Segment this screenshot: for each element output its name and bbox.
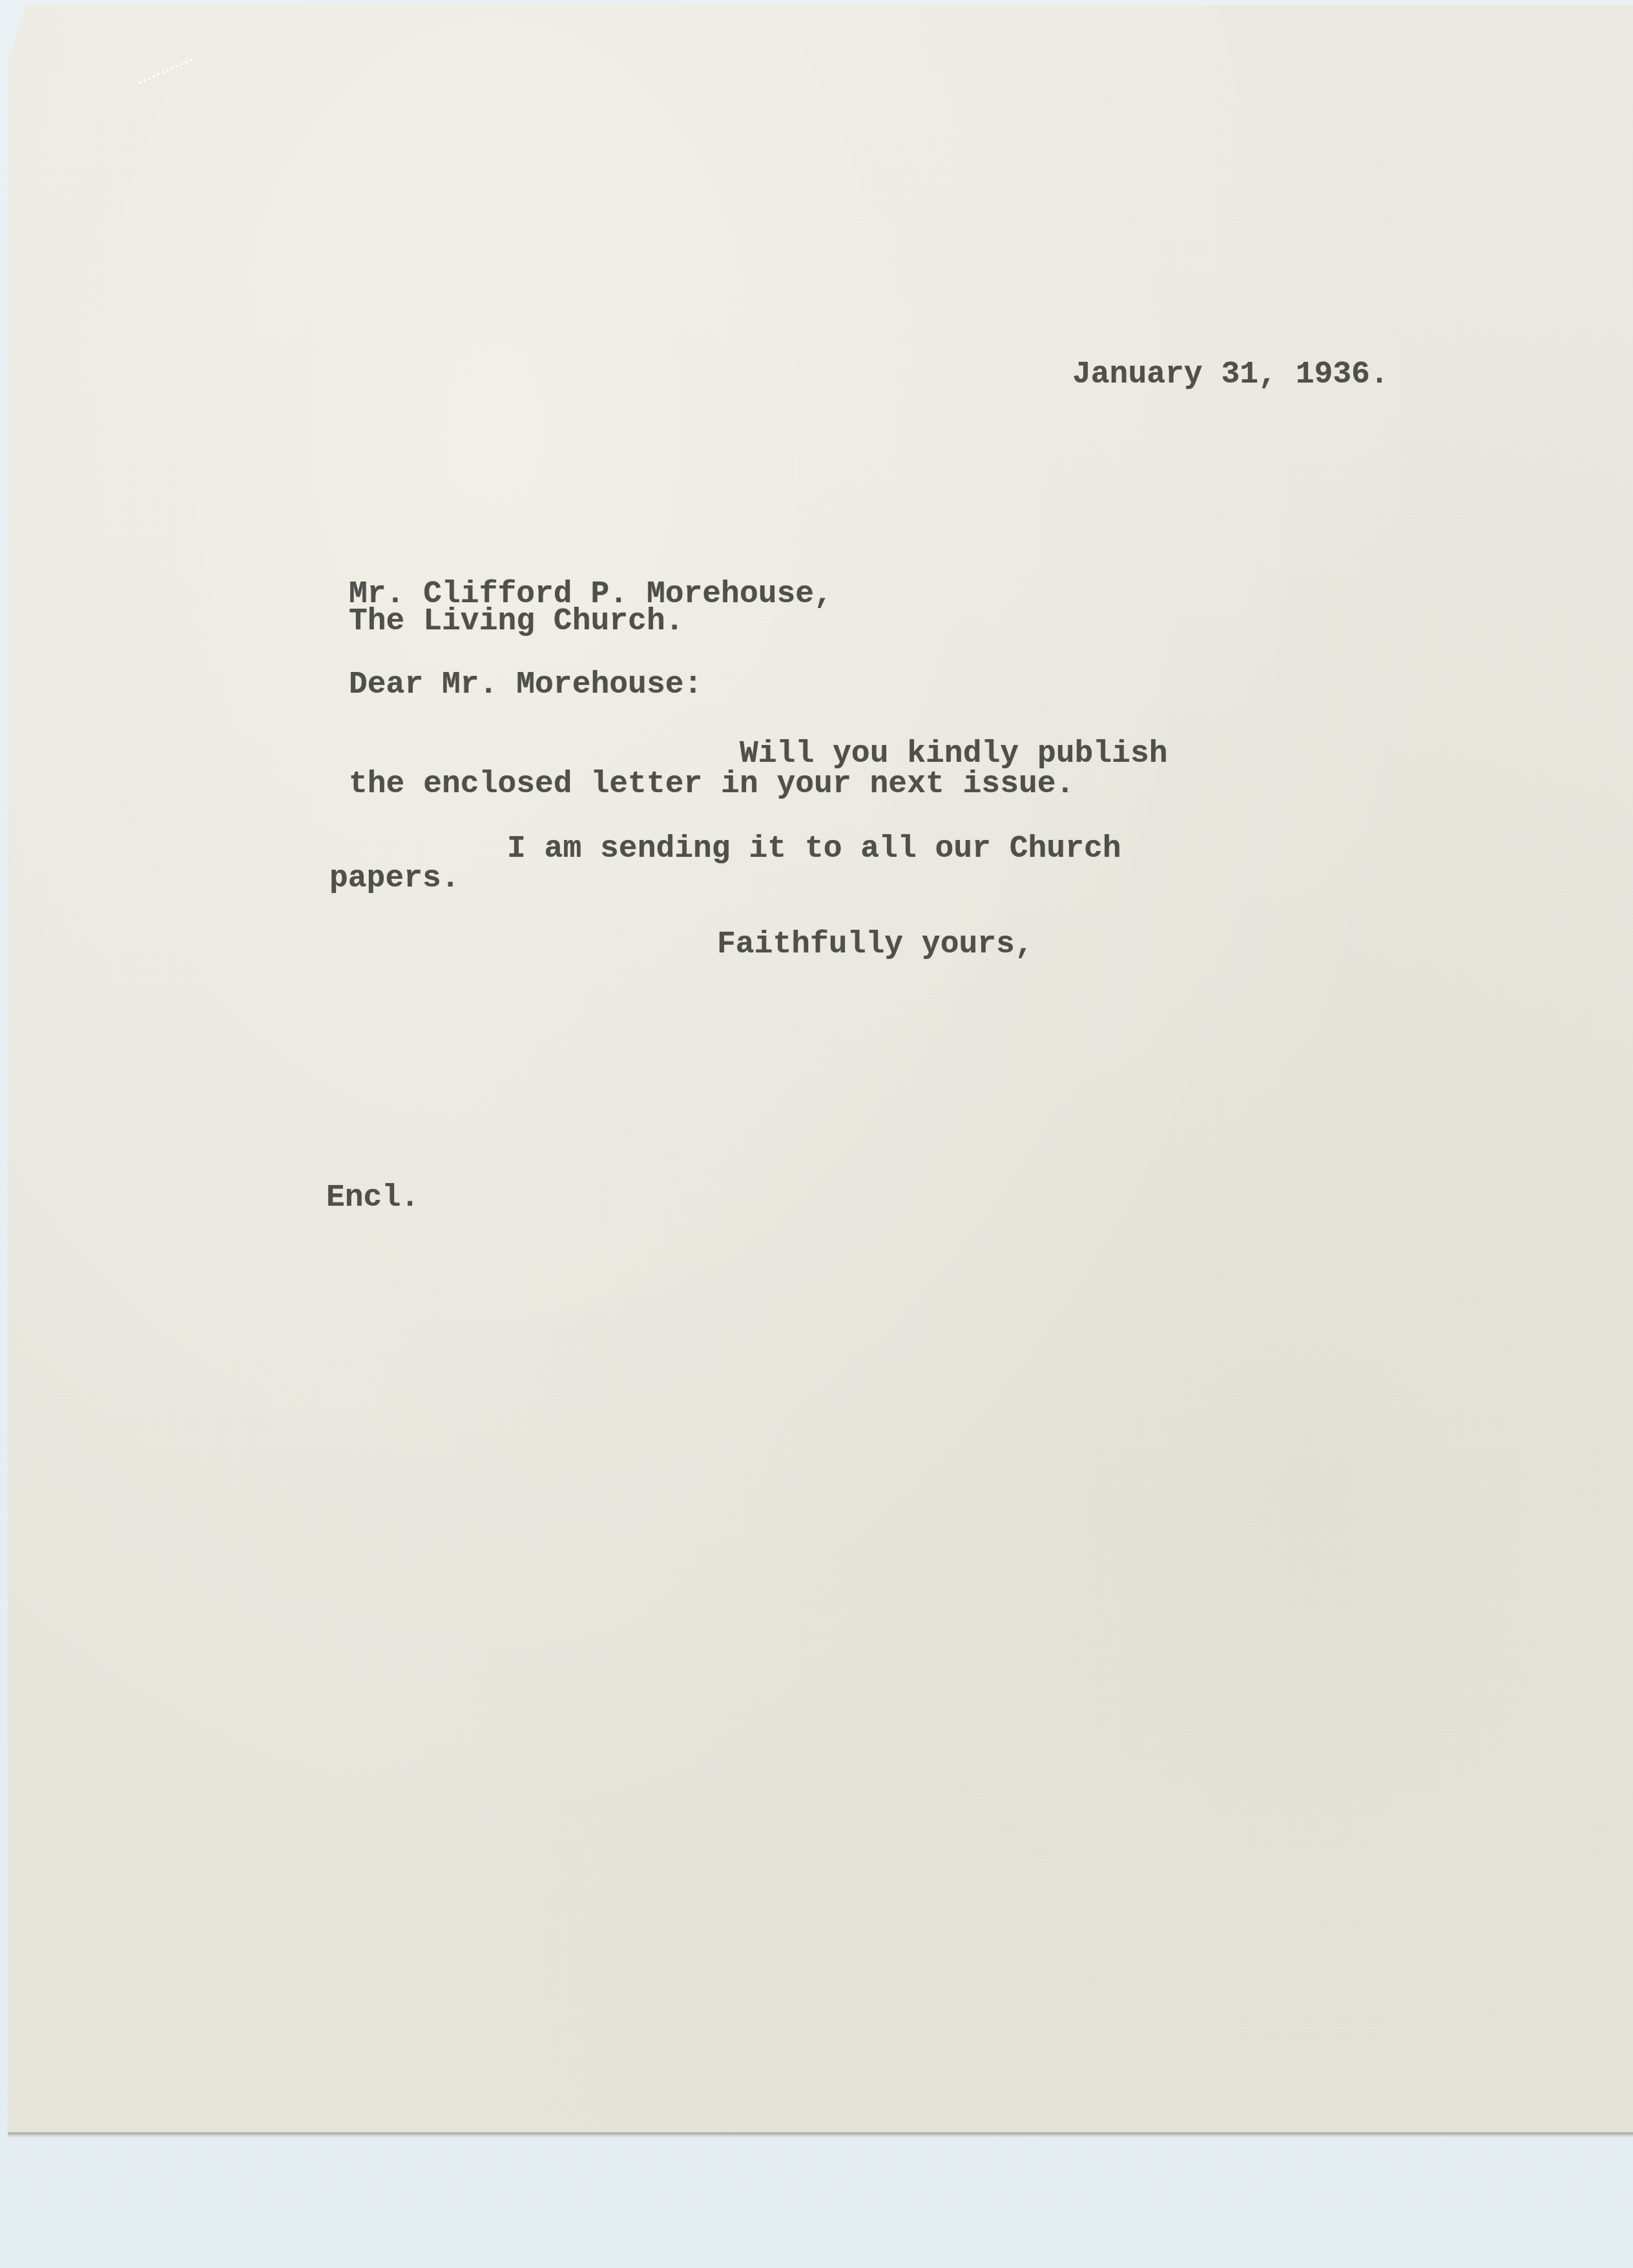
body-paragraph-1-line-1: Will you kindly publish (740, 739, 1168, 770)
salutation: Dear Mr. Morehouse: (349, 669, 702, 700)
body-paragraph-2-line-1: I am sending it to all our Church (507, 834, 1121, 865)
letter-page: January 31, 1936. Mr. Clifford P. Moreho… (8, 5, 1633, 2135)
body-paragraph-1-line-2: the enclosed letter in your next issue. (349, 769, 1074, 800)
closing: Faithfully yours, (717, 929, 1034, 960)
enclosure-note: Encl. (326, 1182, 419, 1213)
body-paragraph-2-line-2: papers. (329, 863, 460, 894)
recipient-organization: The Living Church. (349, 606, 683, 637)
paper-blemish (138, 58, 193, 87)
letter-date: January 31, 1936. (1072, 359, 1389, 390)
paper-bottom-edge-shadow (8, 2132, 1633, 2137)
